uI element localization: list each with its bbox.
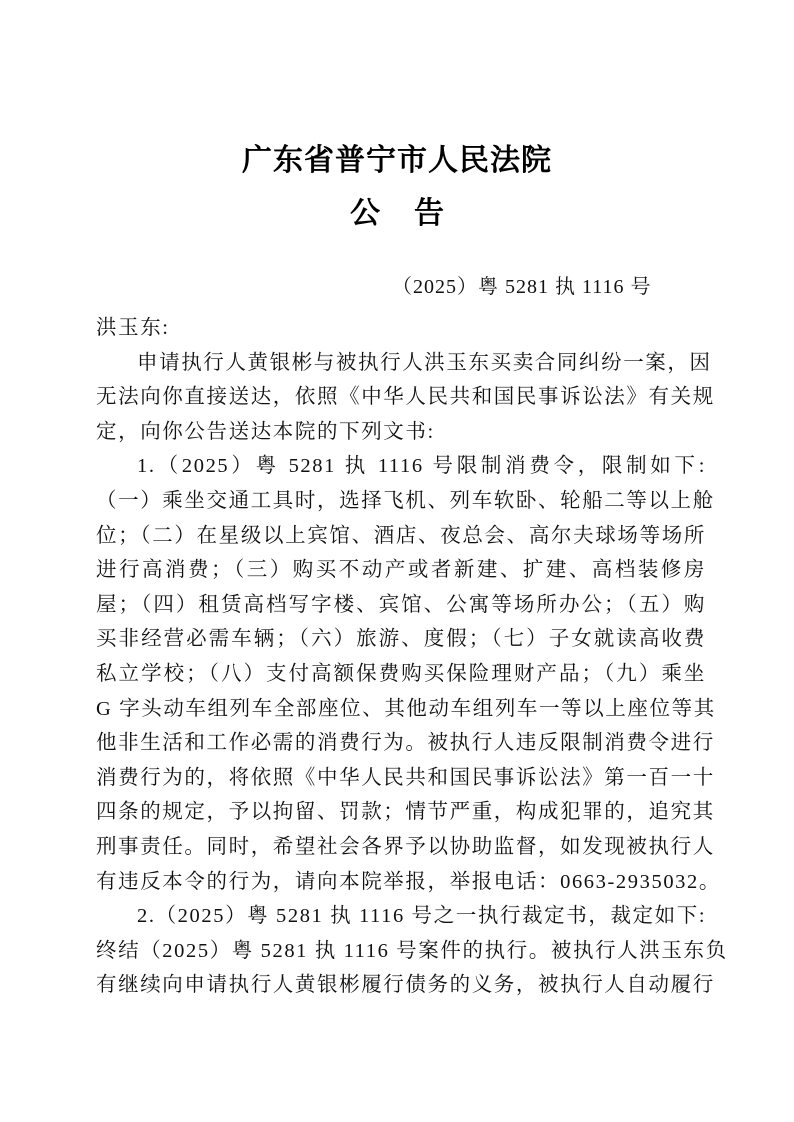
- item1-line: G 字头动车组列车全部座位、其他动车组列车一等以上座位等其: [96, 692, 706, 727]
- item1-line: 1.（2025）粤 5281 执 1116 号限制消费令，限制如下:: [96, 449, 706, 484]
- heading-char-2: 告: [414, 194, 444, 234]
- intro-line: 无法向你直接送达，依照《中华人民共和国民事诉讼法》有关规: [96, 380, 706, 415]
- item2-line: 有继续向申请执行人黄银彬履行债务的义务，被执行人自动履行: [96, 968, 706, 1003]
- heading-char-1: 公: [350, 194, 380, 234]
- court-name-title: 广东省普宁市人民法院: [0, 141, 794, 181]
- item2-line: 终结（2025）粤 5281 执 1116 号案件的执行。被执行人洪玉东负: [96, 934, 706, 969]
- case-number: （2025）粤 5281 执 1116 号: [392, 273, 652, 301]
- item2-line: 2.（2025）粤 5281 执 1116 号之一执行裁定书，裁定如下:: [96, 899, 706, 934]
- addressee: 洪玉东:: [96, 311, 706, 346]
- intro-line: 申请执行人黄银彬与被执行人洪玉东买卖合同纠纷一案，因: [96, 346, 706, 381]
- item1-line: 屋；（四）租赁高档写字楼、宾馆、公寓等场所办公；（五）购: [96, 588, 706, 623]
- document-page: 广东省普宁市人民法院 公告 （2025）粤 5281 执 1116 号 洪玉东:…: [0, 0, 794, 1122]
- intro-line: 定，向你公告送达本院的下列文书:: [96, 415, 706, 450]
- item1-line: 私立学校；（八）支付高额保费购买保险理财产品；（九）乘坐: [96, 657, 706, 692]
- item1-line: 刑事责任。同时，希望社会各界予以协助监督，如发现被执行人: [96, 830, 706, 865]
- item1-line: 进行高消费；（三）购买不动产或者新建、扩建、高档装修房: [96, 553, 706, 588]
- item1-line: 有违反本令的行为，请向本院举报，举报电话：0663-2935032。: [96, 865, 706, 900]
- item1-line: 四条的规定，予以拘留、罚款；情节严重，构成犯罪的，追究其: [96, 795, 706, 830]
- document-body: 洪玉东: 申请执行人黄银彬与被执行人洪玉东买卖合同纠纷一案，因 无法向你直接送达…: [96, 311, 706, 1003]
- item1-line: 买非经营必需车辆；（六）旅游、度假；（七）子女就读高收费: [96, 622, 706, 657]
- item1-line: 消费行为的，将依照《中华人民共和国民事诉讼法》第一百一十: [96, 761, 706, 796]
- item1-line: 他非生活和工作必需的消费行为。被执行人违反限制消费令进行: [96, 726, 706, 761]
- item1-line: （一）乘坐交通工具时，选择飞机、列车软卧、轮船二等以上舱: [96, 484, 706, 519]
- item1-line: 位；（二）在星级以上宾馆、酒店、夜总会、高尔夫球场等场所: [96, 519, 706, 554]
- announcement-heading: 公告: [0, 194, 794, 234]
